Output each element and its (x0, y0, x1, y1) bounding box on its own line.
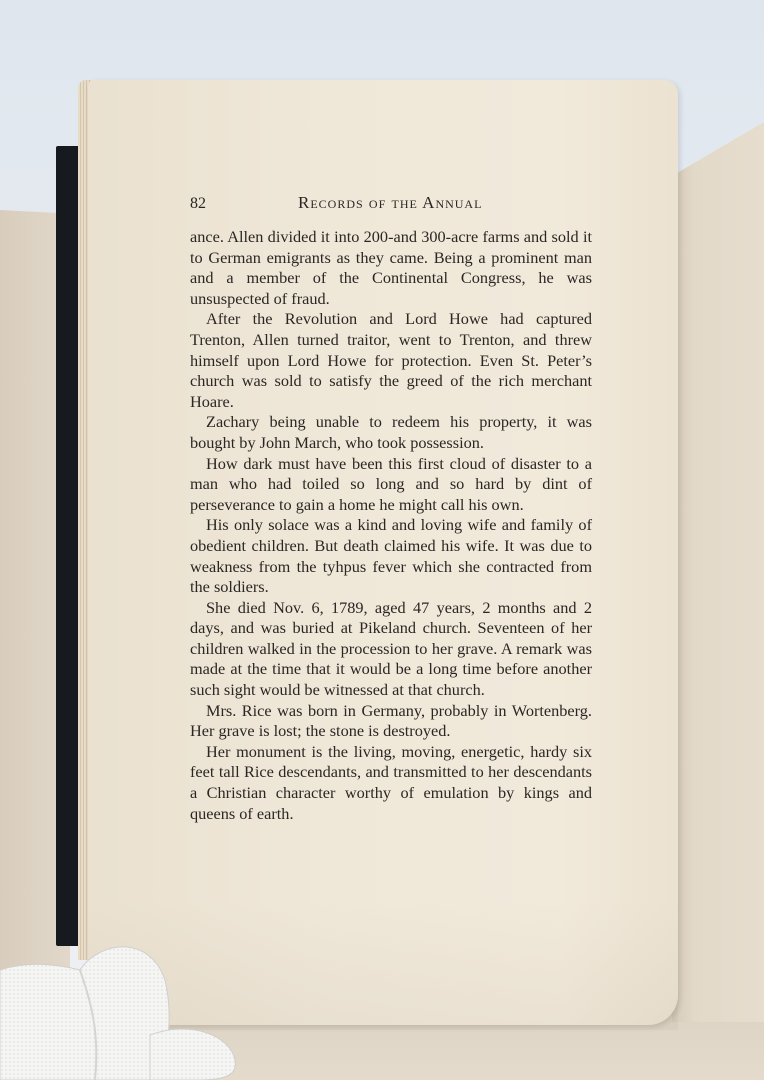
facing-page (672, 122, 764, 1022)
page-text: 82 Records of the Annual ance. Allen div… (190, 193, 592, 824)
paragraph: Her monument is the living, moving, ener… (190, 742, 592, 824)
white-glove-icon (0, 940, 240, 1080)
paragraph: After the Revolution and Lord Howe had c… (190, 309, 592, 412)
paragraph: Zachary being unable to redeem his prope… (190, 412, 592, 453)
book-cover-spine (56, 146, 80, 946)
paragraph: Mrs. Rice was born in Germany, probably … (190, 701, 592, 742)
running-head: Records of the Annual (298, 193, 482, 213)
photo-scene: 82 Records of the Annual ance. Allen div… (0, 0, 764, 1080)
page-header: 82 Records of the Annual (190, 193, 592, 217)
paragraph: ance. Allen divided it into 200-and 300-… (190, 227, 592, 309)
paragraph: How dark must have been this first cloud… (190, 454, 592, 516)
paragraph: His only solace was a kind and loving wi… (190, 515, 592, 597)
paragraph: She died Nov. 6, 1789, aged 47 years, 2 … (190, 598, 592, 701)
page-number: 82 (190, 195, 298, 213)
